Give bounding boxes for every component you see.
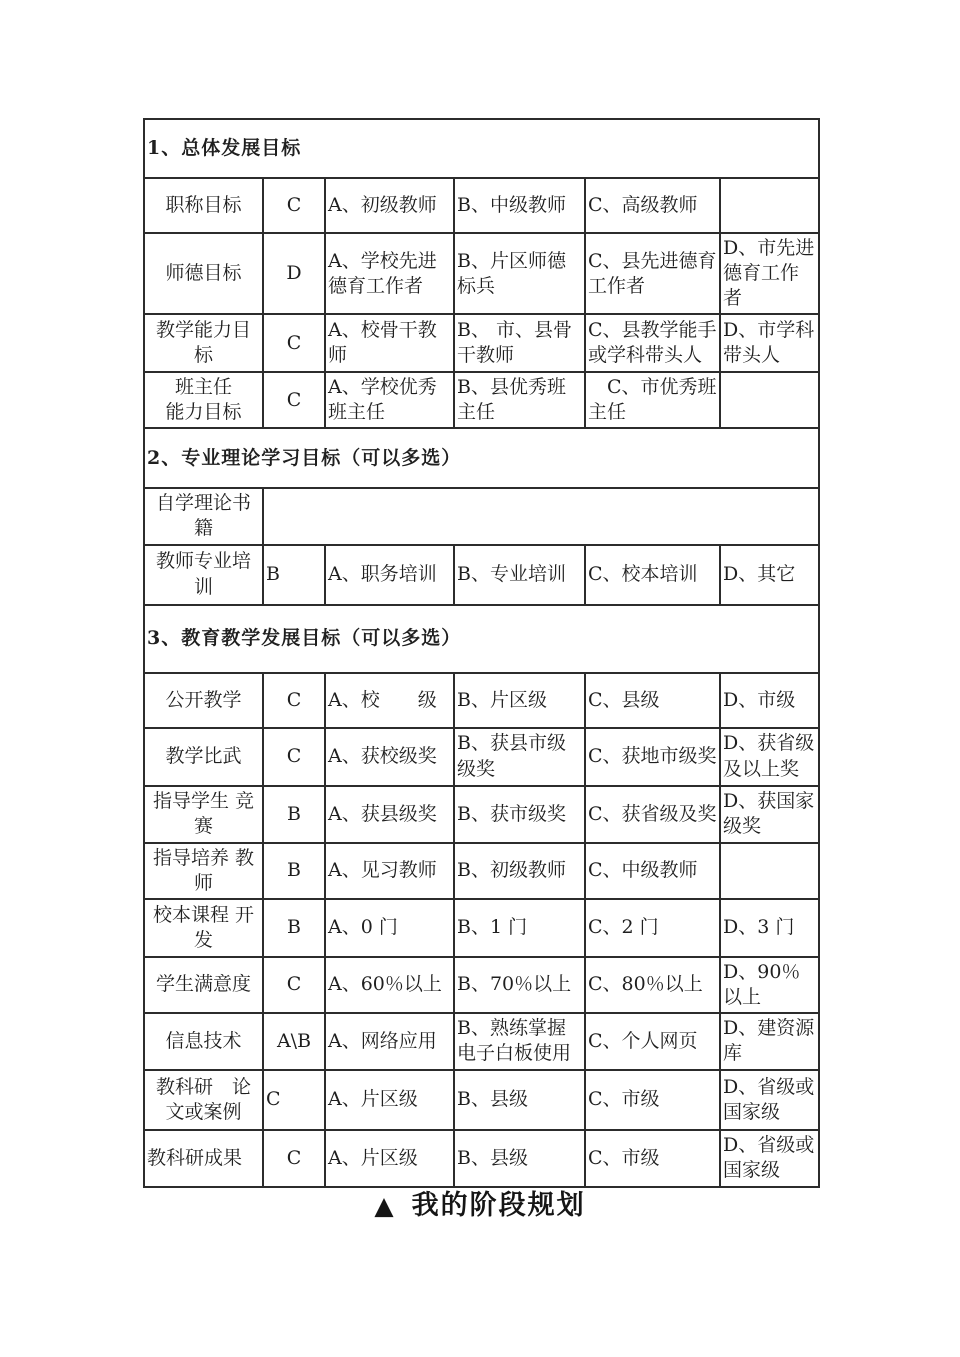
option-cell: B、中级教师 [454, 178, 585, 233]
option-cell: D、市先进德育工作者 [720, 233, 819, 314]
option-cell: C、2 门 [585, 899, 720, 957]
table-row: 教科研 论文或案例 C A、片区级 B、县级 C、市级 D、省级或国家级 [144, 1070, 819, 1130]
row-label-cell: 教科研成果 [144, 1130, 263, 1187]
section-title-cell: 2、专业理论学习目标（可以多选） [144, 428, 819, 488]
option-cell: A、获县级奖 [325, 786, 454, 843]
option-cell: A、60％以上 [325, 957, 454, 1013]
option-cell: B、获县市级级奖 [454, 728, 585, 786]
option-cell: C、县先进德育工作者 [585, 233, 720, 314]
table-row: 指导培养 教师 B A、见习教师 B、初级教师 C、中级教师 [144, 843, 819, 899]
option-cell: A、学校优秀班主任 [325, 372, 454, 428]
option-cell: B、县级 [454, 1070, 585, 1130]
level-cell: C [263, 1130, 325, 1187]
option-cell: C、校本培训 [585, 545, 720, 605]
table-row: 班主任 能力目标 C A、学校优秀班主任 B、县优秀班主任 C、市优秀班主任 [144, 372, 819, 428]
development-plan-table: 1、总体发展目标 职称目标 C A、初级教师 B、中级教师 C、高级教师 师德目… [143, 118, 820, 1188]
option-cell: B、获市级奖 [454, 786, 585, 843]
option-cell: D、省级或国家级 [720, 1070, 819, 1130]
option-cell: D、市级 [720, 673, 819, 728]
triangle-icon: ▲ [374, 1191, 395, 1220]
option-cell: C、县教学能手或学科带头人 [585, 314, 720, 372]
row-label-cell: 指导培养 教师 [144, 843, 263, 899]
section-title-cell: 3、教育教学发展目标（可以多选） [144, 605, 819, 673]
table-row: 自学理论书籍 [144, 488, 819, 544]
option-cell: B、专业培训 [454, 545, 585, 605]
option-cell: A、网络应用 [325, 1013, 454, 1070]
option-cell: A、校 级 [325, 673, 454, 728]
table-row: 信息技术 A\B A、网络应用 B、熟练掌握电子白板使用 C、个人网页 D、建资… [144, 1013, 819, 1070]
row-label-cell: 学生满意度 [144, 957, 263, 1013]
level-cell: B [263, 843, 325, 899]
option-cell: C、县级 [585, 673, 720, 728]
option-cell: A、初级教师 [325, 178, 454, 233]
level-cell: B [263, 545, 325, 605]
option-cell: C、市级 [585, 1070, 720, 1130]
level-cell: C [263, 957, 325, 1013]
option-cell: B、片区师德标兵 [454, 233, 585, 314]
option-cell: C、获地市级奖 [585, 728, 720, 786]
option-cell: C、高级教师 [585, 178, 720, 233]
option-cell: A、校骨干教师 [325, 314, 454, 372]
level-cell: B [263, 899, 325, 957]
level-cell: B [263, 786, 325, 843]
option-cell: B、 市、县骨干教师 [454, 314, 585, 372]
option-cell: A、获校级奖 [325, 728, 454, 786]
option-cell: B、片区级 [454, 673, 585, 728]
option-cell: D、其它 [720, 545, 819, 605]
table-row: 师德目标 D A、学校先进德育工作者 B、片区师德标兵 C、县先进德育工作者 D… [144, 233, 819, 314]
option-cell: A、片区级 [325, 1130, 454, 1187]
option-cell: A、0 门 [325, 899, 454, 957]
level-cell: D [263, 233, 325, 314]
option-cell: A、职务培训 [325, 545, 454, 605]
option-cell: B、县优秀班主任 [454, 372, 585, 428]
empty-cell [720, 178, 819, 233]
row-label-cell: 师德目标 [144, 233, 263, 314]
option-cell: C、中级教师 [585, 843, 720, 899]
option-cell: C、市级 [585, 1130, 720, 1187]
table-row: 教学比武 C A、获校级奖 B、获县市级级奖 C、获地市级奖 D、获省级及以上奖 [144, 728, 819, 786]
row-label-cell: 信息技术 [144, 1013, 263, 1070]
row-label-cell: 教学能力目标 [144, 314, 263, 372]
option-cell: B、初级教师 [454, 843, 585, 899]
table-row: 职称目标 C A、初级教师 B、中级教师 C、高级教师 [144, 178, 819, 233]
option-cell: D、获省级及以上奖 [720, 728, 819, 786]
section-title-cell: 1、总体发展目标 [144, 119, 819, 178]
row-label-cell: 教科研 论文或案例 [144, 1070, 263, 1130]
option-cell: C、80％以上 [585, 957, 720, 1013]
table-row: 教学能力目标 C A、校骨干教师 B、 市、县骨干教师 C、县教学能手或学科带头… [144, 314, 819, 372]
option-cell: C、获省级及奖 [585, 786, 720, 843]
empty-cell [720, 843, 819, 899]
empty-cell [263, 488, 819, 544]
option-cell: D、建资源库 [720, 1013, 819, 1070]
row-label-cell: 公开教学 [144, 673, 263, 728]
level-cell: C [263, 372, 325, 428]
table-row: 校本课程 开发 B A、0 门 B、1 门 C、2 门 D、3 门 [144, 899, 819, 957]
level-cell: C [263, 1070, 325, 1130]
row-label-cell: 指导学生 竞赛 [144, 786, 263, 843]
table-row: 公开教学 C A、校 级 B、片区级 C、县级 D、市级 [144, 673, 819, 728]
option-cell: D、市学科带头人 [720, 314, 819, 372]
level-cell: C [263, 673, 325, 728]
caption-text: 我的阶段规划 [412, 1190, 586, 1221]
option-cell: D、获国家级奖 [720, 786, 819, 843]
option-cell: D、90％以上 [720, 957, 819, 1013]
option-cell: B、熟练掌握电子白板使用 [454, 1013, 585, 1070]
option-cell: B、70％以上 [454, 957, 585, 1013]
table-row: 指导学生 竞赛 B A、获县级奖 B、获市级奖 C、获省级及奖 D、获国家级奖 [144, 786, 819, 843]
option-cell: A、片区级 [325, 1070, 454, 1130]
option-cell: D、3 门 [720, 899, 819, 957]
empty-cell [720, 372, 819, 428]
level-cell: C [263, 728, 325, 786]
option-cell: A、见习教师 [325, 843, 454, 899]
option-cell: A、学校先进德育工作者 [325, 233, 454, 314]
row-label-cell: 职称目标 [144, 178, 263, 233]
row-label-cell: 自学理论书籍 [144, 488, 263, 544]
level-cell: C [263, 314, 325, 372]
option-cell: C、市优秀班主任 [585, 372, 720, 428]
option-cell: C、个人网页 [585, 1013, 720, 1070]
option-cell: B、县级 [454, 1130, 585, 1187]
table-row: 学生满意度 C A、60％以上 B、70％以上 C、80％以上 D、90％以上 [144, 957, 819, 1013]
row-label-cell: 校本课程 开发 [144, 899, 263, 957]
row-label-cell: 教师专业培训 [144, 545, 263, 605]
row-label-cell: 班主任 能力目标 [144, 372, 263, 428]
table-row: 教科研成果 C A、片区级 B、县级 C、市级 D、省级或国家级 [144, 1130, 819, 1187]
document-page: 1、总体发展目标 职称目标 C A、初级教师 B、中级教师 C、高级教师 师德目… [0, 0, 960, 1357]
level-cell: A\B [263, 1013, 325, 1070]
caption: ▲我的阶段规划 [0, 1183, 960, 1222]
option-cell: B、1 门 [454, 899, 585, 957]
level-cell: C [263, 178, 325, 233]
row-label-cell: 教学比武 [144, 728, 263, 786]
table-row: 教师专业培训 B A、职务培训 B、专业培训 C、校本培训 D、其它 [144, 545, 819, 605]
option-cell: D、省级或国家级 [720, 1130, 819, 1187]
